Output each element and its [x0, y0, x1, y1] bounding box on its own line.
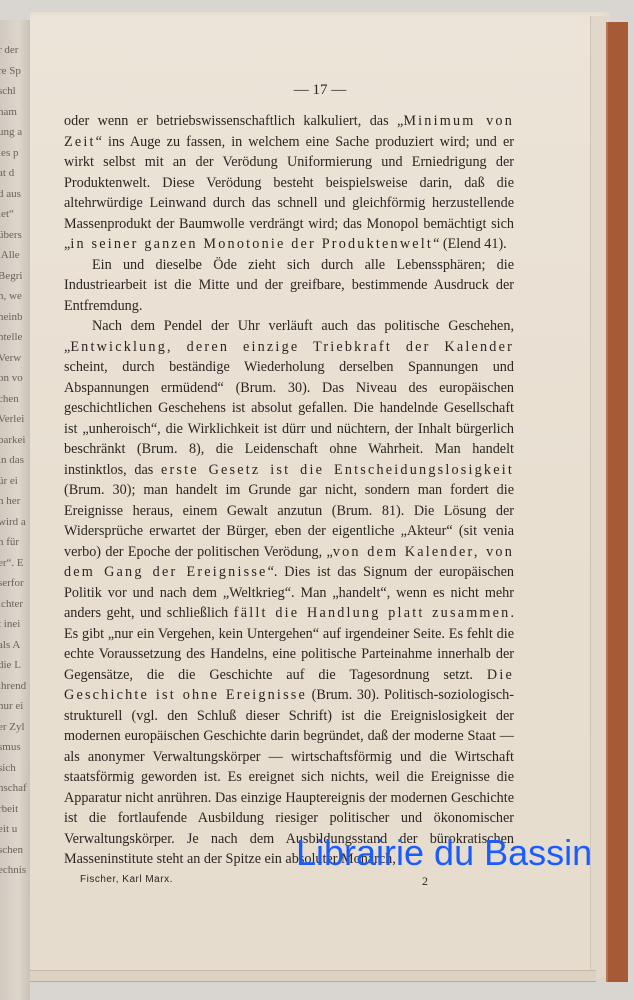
text-run: “ (Elend 41). [433, 236, 507, 252]
left-page-fragment: Verlei [0, 409, 30, 430]
left-page-fragment: n, we [0, 286, 30, 307]
left-page-fragment: ,Alle [0, 245, 30, 266]
body-text: oder wenn er betriebswissenschaftlich ka… [64, 111, 514, 870]
left-page-text-fragments: r derre Spschlnamung ales pat dd ausiet“… [0, 40, 30, 881]
spaced-emphasis: in seiner ganzen Monotonie der Produkten… [70, 236, 433, 252]
left-page-fragment: schl [0, 81, 30, 102]
left-page-fragment: echnis [0, 860, 30, 881]
left-page-fragment: sich [0, 758, 30, 779]
watermark-text: Librairie du Bassin [296, 832, 592, 874]
signature-mark: 2 [422, 874, 428, 889]
spaced-emphasis: erste Gesetz ist die Entscheidungslosigk… [161, 462, 514, 478]
left-page-fragment: rbeit [0, 799, 30, 820]
left-page-fragment: übers [0, 225, 30, 246]
left-page-fragment: nam [0, 102, 30, 123]
left-page-fragment: als A [0, 635, 30, 656]
left-page-fragment: wird a [0, 512, 30, 533]
left-page-fragment: er“. E [0, 553, 30, 574]
left-page-fragment: die L [0, 655, 30, 676]
page-bottom-edge [30, 970, 596, 982]
left-page-fragment: Verw [0, 348, 30, 369]
left-page-fragment: d aus [0, 184, 30, 205]
book-cover-edge [606, 22, 628, 982]
left-page-fragment: h her [0, 491, 30, 512]
left-page-fragment: ür ei [0, 471, 30, 492]
text-run: Ein und dieselbe Öde zieht sich durch al… [64, 257, 514, 314]
spaced-emphasis: Entwicklung, deren einzige Triebkraft de… [70, 339, 514, 355]
left-page-fragment: chen [0, 389, 30, 410]
left-page-fragment: er Zyl [0, 717, 30, 738]
signature-author-line: Fischer, Karl Marx. [80, 874, 173, 885]
paragraph: Ein und dieselbe Öde zieht sich durch al… [64, 255, 514, 317]
page-number: — 17 — [30, 82, 610, 99]
facing-left-page: r derre Spschlnamung ales pat dd ausiet“… [0, 20, 30, 1000]
left-page-fragment: t inei [0, 614, 30, 635]
left-page-fragment: nschaf [0, 778, 30, 799]
left-page-fragment: smus [0, 737, 30, 758]
text-run: scheint, durch beständige Wiederholung d… [64, 359, 514, 478]
left-page-fragment: ichter [0, 594, 30, 615]
left-page-fragment: re Sp [0, 61, 30, 82]
left-page-fragment: r der [0, 40, 30, 61]
left-page-fragment: at d [0, 163, 30, 184]
left-page-fragment: ung a [0, 122, 30, 143]
text-run: oder wenn er betriebswissenschaftlich ka… [64, 113, 403, 129]
left-page-fragment: ntelle [0, 327, 30, 348]
text-run: “ ins Auge zu fassen, in welchem eine Sa… [64, 134, 514, 253]
left-page-fragment: les p [0, 143, 30, 164]
left-page-fragment: heinb [0, 307, 30, 328]
left-page-fragment: schen [0, 840, 30, 861]
left-page-fragment: nur ei [0, 696, 30, 717]
left-page-fragment: eit u [0, 819, 30, 840]
left-page-fragment: Begri [0, 266, 30, 287]
paragraph: oder wenn er betriebswissenschaftlich ka… [64, 111, 514, 255]
page-block-edge [590, 16, 607, 976]
left-page-fragment: iet“ [0, 204, 30, 225]
left-page-fragment: ihrend [0, 676, 30, 697]
left-page-fragment: on vo [0, 368, 30, 389]
left-page-fragment: barkei [0, 430, 30, 451]
left-page-fragment: n für [0, 532, 30, 553]
spaced-emphasis: fällt die Handlung platt zusammen [234, 605, 511, 621]
paragraph: Nach dem Pendel der Uhr verläuft auch da… [64, 316, 514, 870]
left-page-fragment: in das [0, 450, 30, 471]
left-page-fragment: serfor [0, 573, 30, 594]
